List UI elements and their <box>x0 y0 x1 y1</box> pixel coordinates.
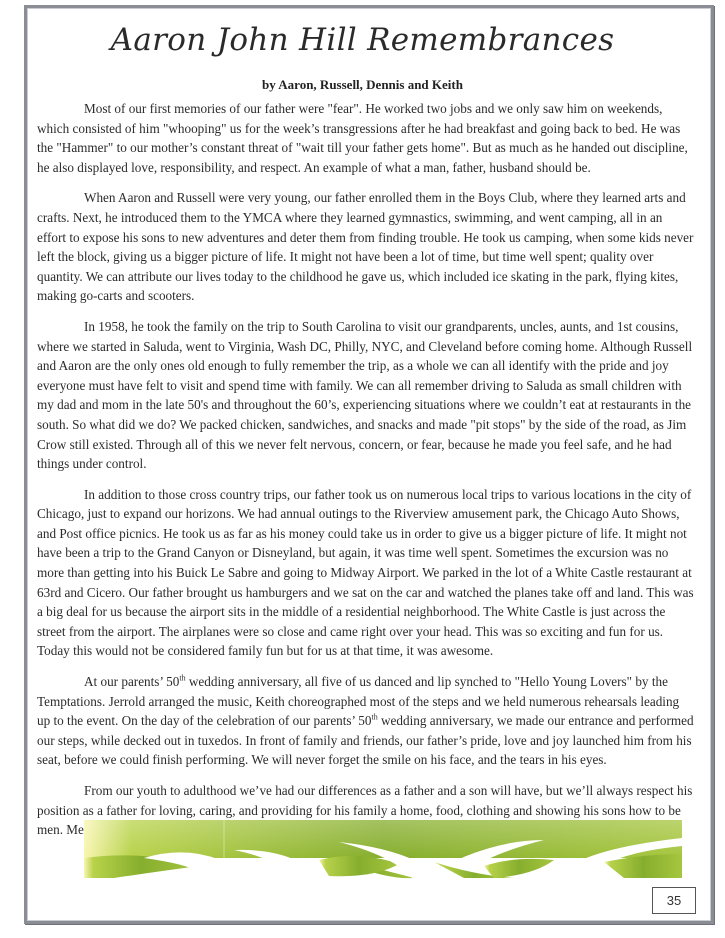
paragraph-5: At our parents’ 50th wedding anniversary… <box>37 672 694 770</box>
paragraph-3: In 1958, he took the family on the trip … <box>37 317 694 474</box>
page-title: Aaron John Hill Remembrances <box>0 22 725 58</box>
paragraph-2: When Aaron and Russell were very young, … <box>37 188 694 306</box>
p5-part-a: At our parents’ 50 <box>84 674 179 689</box>
page-number: 35 <box>652 887 696 914</box>
byline: by Aaron, Russell, Dennis and Keith <box>0 77 725 93</box>
paragraph-1: Most of our first memories of our father… <box>37 99 694 177</box>
decorative-green-banner <box>84 820 682 880</box>
paragraph-4: In addition to those cross country trips… <box>37 485 694 661</box>
article-body: Most of our first memories of our father… <box>37 99 694 851</box>
